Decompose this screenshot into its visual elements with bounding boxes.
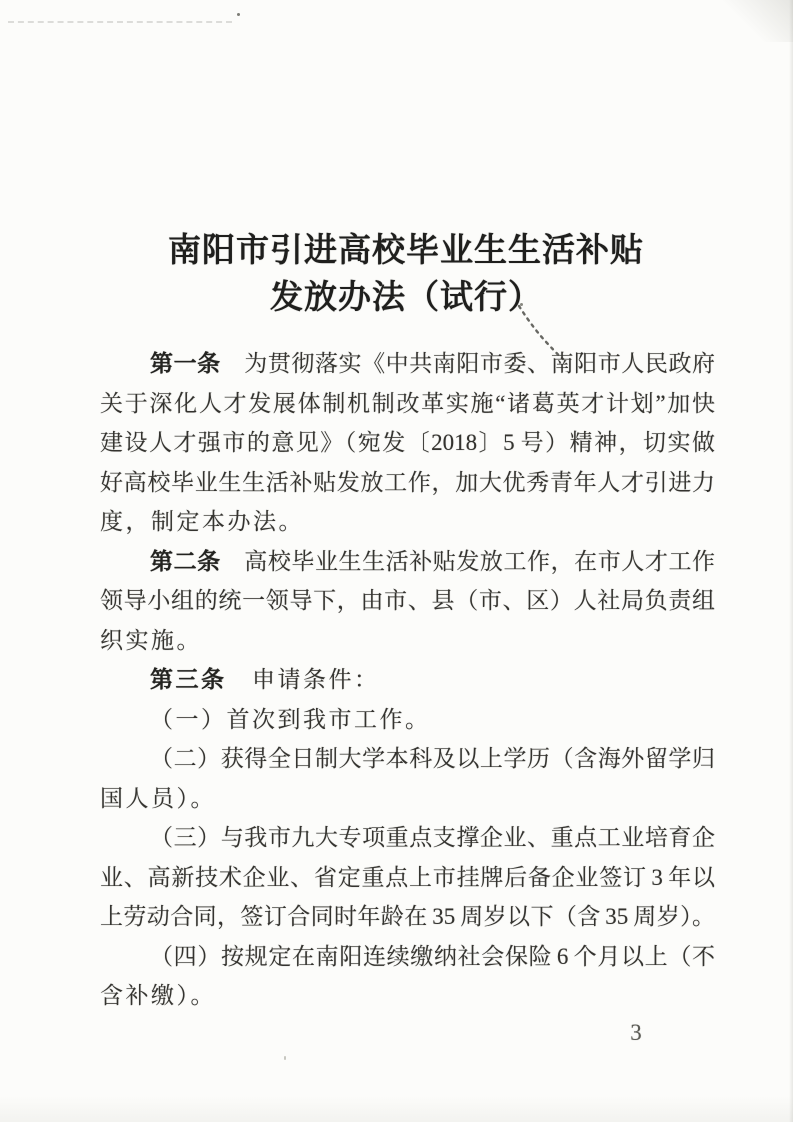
scan-speck-artifact xyxy=(237,13,240,16)
document-title: 南阳市引进高校毕业生生活补贴 发放办法（试行） xyxy=(96,228,716,322)
document-body: 第一条 为贯彻落实《中共南阳市委、南阳市人民政府 关于深化人才发展体制机制改革实… xyxy=(100,344,715,1016)
article-number: 第三条 xyxy=(150,667,227,692)
document-title-line2: 发放办法（试行） xyxy=(96,275,716,322)
line-text: （一）首次到我市工作。 xyxy=(150,707,431,732)
article-number: 第二条 xyxy=(150,549,221,574)
line-text: 好高校毕业生生活补贴发放工作，加大优秀青年人才引进力 xyxy=(100,470,715,495)
document-line: 建设人才强市的意见》（宛发〔2018〕5 号）精神，切实做 xyxy=(100,423,715,463)
document-line: （二）获得全日制大学本科及以上学历（含海外留学归 xyxy=(100,739,715,779)
line-text: （三）与我市九大专项重点支撑企业、重点工业培育企 xyxy=(150,825,715,850)
scan-dash-artifact xyxy=(8,21,232,23)
document-line: 含补缴）。 xyxy=(100,976,715,1016)
line-text: 高校毕业生生活补贴发放工作，在市人才工作 xyxy=(221,549,715,574)
document-line: 织实施。 xyxy=(100,621,715,661)
document-line: 第二条 高校毕业生生活补贴发放工作，在市人才工作 xyxy=(100,542,715,582)
document-title-line1: 南阳市引进高校毕业生生活补贴 xyxy=(96,228,716,275)
line-text: 为贯彻落实《中共南阳市委、南阳市人民政府 xyxy=(221,351,715,376)
line-text: 建设人才强市的意见》（宛发〔2018〕5 号）精神，切实做 xyxy=(100,430,715,455)
scan-smudge-artifact xyxy=(723,0,793,42)
document-line: 第三条 申请条件： xyxy=(100,660,715,700)
document-line: 业、高新技术企业、省定重点上市挂牌后备企业签订 3 年以 xyxy=(100,858,715,898)
document-line: （三）与我市九大专项重点支撑企业、重点工业培育企 xyxy=(100,818,715,858)
scan-edge-shadow xyxy=(789,0,793,1122)
document-line: （一）首次到我市工作。 xyxy=(100,700,715,740)
line-text: 国人员）。 xyxy=(100,786,216,811)
article-number: 第一条 xyxy=(150,351,221,376)
line-text: 关于深化人才发展体制机制改革实施“诸葛英才计划”加快 xyxy=(100,391,715,416)
document-line: 国人员）。 xyxy=(100,779,715,819)
line-text: （二）获得全日制大学本科及以上学历（含海外留学归 xyxy=(150,746,715,771)
line-text: （四）按规定在南阳连续缴纳社会保险 6 个月以上（不 xyxy=(150,944,715,969)
document-line: 好高校毕业生生活补贴发放工作，加大优秀青年人才引进力 xyxy=(100,463,715,503)
line-text: 业、高新技术企业、省定重点上市挂牌后备企业签订 3 年以 xyxy=(100,865,715,890)
line-text: 度，制定本办法。 xyxy=(100,509,304,534)
document-line: 关于深化人才发展体制机制改革实施“诸葛英才计划”加快 xyxy=(100,384,715,424)
scan-edge-shadow xyxy=(0,1096,793,1122)
document-line: 第一条 为贯彻落实《中共南阳市委、南阳市人民政府 xyxy=(100,344,715,384)
document-line: （四）按规定在南阳连续缴纳社会保险 6 个月以上（不 xyxy=(100,937,715,977)
line-text: 申请条件： xyxy=(227,667,380,692)
scan-speck-artifact xyxy=(284,1056,286,1060)
document-line: 上劳动合同，签订合同时年龄在 35 周岁以下（含 35 周岁）。 xyxy=(100,897,715,937)
document-line: 度，制定本办法。 xyxy=(100,502,715,542)
line-text: 含补缴）。 xyxy=(100,983,216,1008)
page-number: 3 xyxy=(618,1020,654,1046)
line-text: 领导小组的统一领导下，由市、县（市、区）人社局负责组 xyxy=(100,588,715,613)
scanned-page: 南阳市引进高校毕业生生活补贴 发放办法（试行） 第一条 为贯彻落实《中共南阳市委… xyxy=(0,0,793,1122)
line-text: 织实施。 xyxy=(100,628,202,653)
document-line: 领导小组的统一领导下，由市、县（市、区）人社局负责组 xyxy=(100,581,715,621)
line-text: 上劳动合同，签订合同时年龄在 35 周岁以下（含 35 周岁）。 xyxy=(100,904,715,929)
